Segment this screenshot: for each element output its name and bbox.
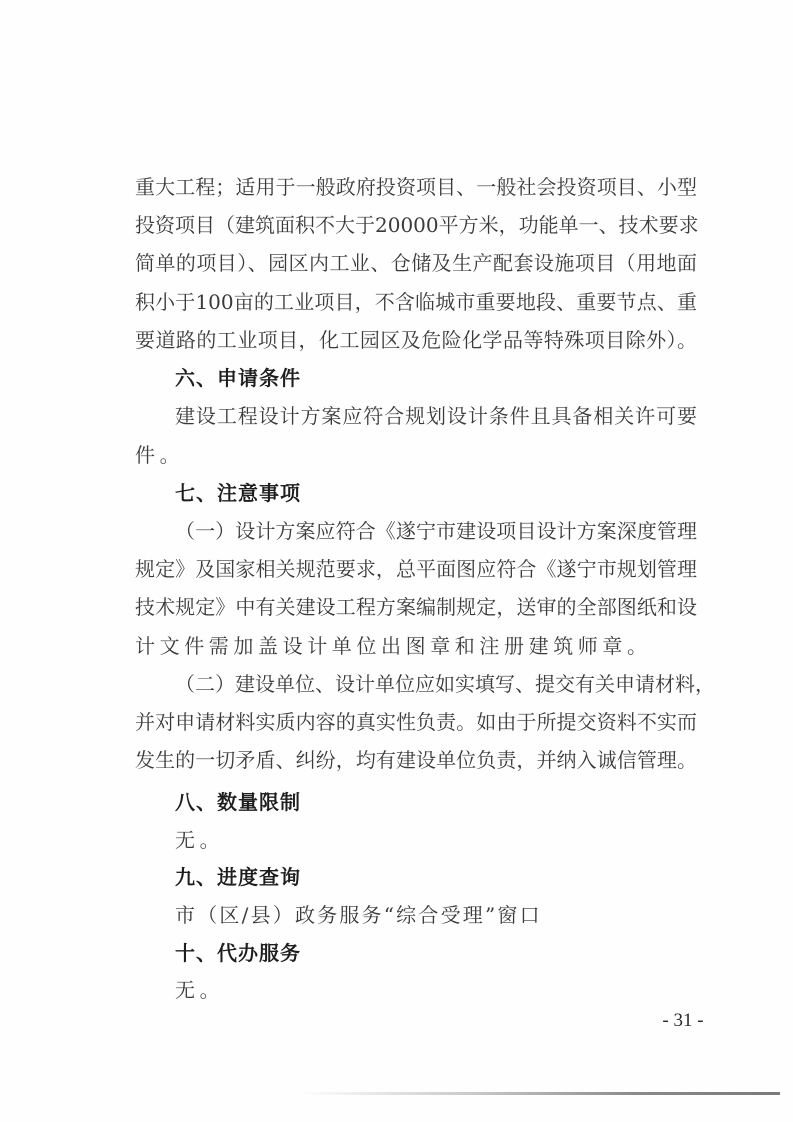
body-line: 规定》及国家相关规范要求，总平面图应符合《遂宁市规划管理 — [135, 554, 697, 584]
page-number: - 31 - — [650, 1009, 716, 1033]
section-heading-notes: 七、注意事项 — [175, 478, 697, 508]
body-line: 计文件需加盖设计单位出图章和注册建筑师章。 — [135, 631, 697, 661]
body-line: 无。 — [175, 975, 737, 1005]
body-line: 要道路的工业项目，化工园区及危险化学品等特殊项目除外）。 — [135, 325, 697, 355]
section-heading-quantity-limit: 八、数量限制 — [175, 787, 697, 817]
body-line: 市（区/县）政务服务“综合受理”窗口 — [175, 900, 737, 930]
body-line: 简单的项目）、园区内工业、仓储及生产配套设施项目（用地面 — [135, 248, 697, 278]
body-line: 发生的一切矛盾、纠纷，均有建设单位负责，并纳入诚信管理。 — [135, 745, 697, 775]
body-line: 无。 — [175, 825, 737, 855]
body-line: （二）建设单位、设计单位应如实填写、提交有关申请材料， — [175, 669, 697, 699]
section-heading-progress-query: 九、进度查询 — [175, 862, 697, 892]
footer-rule-divider — [300, 1092, 780, 1095]
body-line: 件。 — [135, 440, 697, 470]
section-heading-application-conditions: 六、申请条件 — [175, 363, 697, 393]
section-heading-agency-service: 十、代办服务 — [175, 938, 697, 968]
body-line: 建设工程设计方案应符合规划设计条件且具备相关许可要 — [175, 401, 697, 431]
body-line: 投资项目（建筑面积不大于20000平方米，功能单一、技术要求 — [135, 210, 697, 240]
body-line: 技术规定》中有关建设工程方案编制规定，送审的全部图纸和设 — [135, 592, 697, 622]
body-line: 重大工程；适用于一般政府投资项目、一般社会投资项目、小型 — [135, 172, 697, 202]
body-line: 积小于100亩的工业项目，不含临城市重要地段、重要节点、重 — [135, 287, 697, 317]
body-line: 并对申请材料实质内容的真实性负责。如由于所提交资料不实而 — [135, 707, 697, 737]
body-line: （一）设计方案应符合《遂宁市建设项目设计方案深度管理 — [175, 516, 697, 546]
document-page: 重大工程；适用于一般政府投资项目、一般社会投资项目、小型 投资项目（建筑面积不大… — [0, 0, 793, 1122]
